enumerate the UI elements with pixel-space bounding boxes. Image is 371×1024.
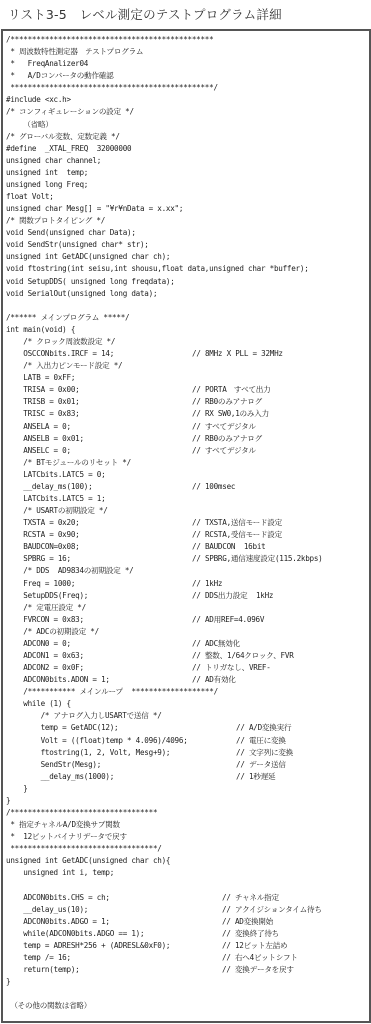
code-line: /* クロック周波数設定 */ xyxy=(6,336,309,348)
code-text: unsigned char channel; xyxy=(6,156,101,165)
code-line: /* コンフィギュレーションの設定 */ xyxy=(6,106,309,118)
code-line: * A/Dコンバータの動作確認 xyxy=(6,70,309,82)
code-comment: // AD有効化 xyxy=(192,674,236,686)
code-line: TRISC = 0x83;// RX SW0,1のみ入力 xyxy=(6,408,309,420)
code-comment: // 整数、1/64クロック、FVR xyxy=(192,650,294,662)
code-comment: // 8MHz X PLL = 32MHz xyxy=(192,348,283,360)
code-line: } xyxy=(6,795,309,807)
code-line: * 周波数特性測定器 テストプログラム xyxy=(6,46,309,58)
code-text: ADCON1 = 0x63; xyxy=(6,651,84,660)
code-text: BAUDCON=0x08; xyxy=(6,542,79,551)
code-text: （その他の関数は省略） xyxy=(6,1001,91,1010)
code-text: LATB = 0xFF; xyxy=(6,373,75,382)
code-comment: // RCSTA,受信モード設定 xyxy=(192,529,282,541)
code-text: LATCbits.LATC5 = 1; xyxy=(6,494,105,503)
code-comment: // 12ビット左詰め xyxy=(222,940,287,952)
code-line: （省略） xyxy=(6,119,309,131)
code-line: unsigned char Mesg[] = "¥r¥nData = x.xx"… xyxy=(6,203,309,215)
code-line: /********************************** xyxy=(6,807,309,819)
code-text: TRISB = 0x01; xyxy=(6,397,79,406)
code-line: /***************************************… xyxy=(6,34,309,46)
code-text: unsigned int temp; xyxy=(6,168,88,177)
code-line: /* 関数プロトタイピング */ xyxy=(6,215,309,227)
code-line: __delay_ms(1000);// 1秒遅延 xyxy=(6,771,309,783)
code-line: BAUDCON=0x08;// BAUDCON 16bit xyxy=(6,541,309,553)
code-line: TRISA = 0x00;// PORTA すべて出力 xyxy=(6,384,309,396)
code-listing-box: /***************************************… xyxy=(1,29,371,1023)
code-text: TRISC = 0x83; xyxy=(6,409,79,418)
code-line: /* アナログ入力しUSARTで送信 */ xyxy=(6,710,309,722)
code-text: * 12ビットバイナリデータで戻す xyxy=(6,832,127,841)
code-line: } xyxy=(6,976,309,988)
code-comment: // BAUDCON 16bit xyxy=(192,541,265,553)
code-text: /* ADCの初期設定 */ xyxy=(6,627,99,636)
code-line: unsigned long Freq; xyxy=(6,179,309,191)
code-text: TXSTA = 0x20; xyxy=(6,518,79,527)
code-text: * 指定チャネルA/D変換サブ関数 xyxy=(6,820,120,829)
code-text: * FreqAnalizer04 xyxy=(6,59,88,68)
code-line: /****** メインプログラム *****/ xyxy=(6,312,309,324)
code-comment: // SPBRG,通信速度設定(115.2kbps) xyxy=(192,553,323,565)
code-text: LATCbits.LATC5 = 0; xyxy=(6,470,105,479)
code-comment: // トリガなし、VREF- xyxy=(192,662,271,674)
code-text: SendStr(Mesg); xyxy=(6,760,101,769)
code-text: temp = GetADC(12); xyxy=(6,723,118,732)
code-comment: // すべてデジタル xyxy=(192,421,256,433)
code-text: ADCON0 = 0; xyxy=(6,639,71,648)
code-text: TRISA = 0x00; xyxy=(6,385,79,394)
code-line: Volt = ((float)temp * 4.096)/4096;// 電圧に… xyxy=(6,735,309,747)
code-comment: // 右へ4ビットシフト xyxy=(222,952,298,964)
code-text: void Send(unsigned char Data); xyxy=(6,228,136,237)
code-text: void SetupDDS( unsigned long freqdata); xyxy=(6,277,175,286)
code-text: OSCCONbits.IRCF = 14; xyxy=(6,349,114,358)
code-text: #define _XTAL_FREQ 32000000 xyxy=(6,144,131,153)
code-text: ftostring(1, 2, Volt, Mesg+9); xyxy=(6,748,170,757)
code-line: * FreqAnalizer04 xyxy=(6,58,309,70)
code-text: unsigned int i, temp; xyxy=(6,868,114,877)
code-line: int main(void) { xyxy=(6,324,309,336)
code-text: FVRCON = 0x83; xyxy=(6,615,84,624)
code-text: unsigned int GetADC(unsigned char ch); xyxy=(6,252,170,261)
code-text: unsigned char Mesg[] = "¥r¥nData = x.xx"… xyxy=(6,204,183,213)
code-line: TXSTA = 0x20;// TXSTA,送信モード設定 xyxy=(6,517,309,529)
code-line: **********************************/ xyxy=(6,843,309,855)
code-comment: // RX SW0,1のみ入力 xyxy=(192,408,269,420)
code-text: /* BTモジュールのリセット */ xyxy=(6,458,131,467)
code-text: /* DDS AD9834の初期設定 */ xyxy=(6,566,133,575)
code-line: ANSELC = 0;// すべてデジタル xyxy=(6,445,309,457)
code-line: } xyxy=(6,783,309,795)
code-comment: // A/D変換実行 xyxy=(236,722,291,734)
code-line: Freq = 1000;// 1kHz xyxy=(6,578,309,590)
code-line: FVRCON = 0x83;// AD用REF=4.096V xyxy=(6,614,309,626)
code-line: void SetupDDS( unsigned long freqdata); xyxy=(6,276,309,288)
code-line: return(temp);// 変換データを戻す xyxy=(6,964,309,976)
code-line: SetupDDS(Freq);// DDS出力設定 1kHz xyxy=(6,590,309,602)
code-text: temp = ADRESH*256 + (ADRESL&0xF0); xyxy=(6,941,170,950)
code-text: ADCON0bits.ADON = 1; xyxy=(6,675,110,684)
code-comment: // 1kHz xyxy=(192,578,222,590)
code-text: **********************************/ xyxy=(6,844,162,853)
code-comment: // AD用REF=4.096V xyxy=(192,614,264,626)
code-line: #include <xc.h> xyxy=(6,94,309,106)
code-line: /* ADCの初期設定 */ xyxy=(6,626,309,638)
code-line: ADCON0bits.ADGO = 1;// AD変換開始 xyxy=(6,916,309,928)
code-line: /* DDS AD9834の初期設定 */ xyxy=(6,565,309,577)
code-line: /* 定電圧設定 */ xyxy=(6,602,309,614)
code-line: /*********** メインループ *******************/ xyxy=(6,686,309,698)
code-text: /*********** メインループ *******************/ xyxy=(6,687,218,696)
code-text: /* クロック周波数設定 */ xyxy=(6,337,115,346)
code-line: unsigned char channel; xyxy=(6,155,309,167)
code-line: __delay_ms(100);// 100msec xyxy=(6,481,309,493)
code-line xyxy=(6,300,309,312)
code-comment: // RB0のみアナログ xyxy=(192,433,262,445)
code-line: * 12ビットバイナリデータで戻す xyxy=(6,831,309,843)
code-text: RCSTA = 0x90; xyxy=(6,530,79,539)
code-line: /* USARTの初期設定 */ xyxy=(6,505,309,517)
code-comment: // データ送信 xyxy=(236,759,286,771)
code-text: void SerialOut(unsigned long data); xyxy=(6,289,157,298)
code-text: ADCON0bits.ADGO = 1; xyxy=(6,917,110,926)
code-text: ANSELA = 0; xyxy=(6,422,71,431)
code-line: OSCCONbits.IRCF = 14;// 8MHz X PLL = 32M… xyxy=(6,348,309,360)
code-text: int main(void) { xyxy=(6,325,75,334)
code-text: /********************************** xyxy=(6,808,157,817)
code-text: /***************************************… xyxy=(6,35,213,44)
code-line: while(ADCON0bits.ADGO == 1);// 変換終了待ち xyxy=(6,928,309,940)
code-line: unsigned int temp; xyxy=(6,167,309,179)
code-text: temp /= 16; xyxy=(6,953,71,962)
code-line: ftostring(1, 2, Volt, Mesg+9);// 文字列に変換 xyxy=(6,747,309,759)
code-line: __delay_us(10);// アクイジションタイム待ち xyxy=(6,904,309,916)
code-text: /****** メインプログラム *****/ xyxy=(6,313,129,322)
code-text: } xyxy=(6,796,10,805)
code-text: ANSELC = 0; xyxy=(6,446,71,455)
code-line: ANSELA = 0;// すべてデジタル xyxy=(6,421,309,433)
code-line: LATB = 0xFF; xyxy=(6,372,309,384)
code-text: float Volt; xyxy=(6,192,54,201)
code-text: （省略） xyxy=(6,120,53,129)
code-text: /* USARTの初期設定 */ xyxy=(6,506,108,515)
code-line: ADCON0bits.CHS = ch;// チャネル指定 xyxy=(6,892,309,904)
code-text: void ftostring(int seisu,int shousu,floa… xyxy=(6,264,309,273)
code-comment: // ADC無効化 xyxy=(192,638,240,650)
code-line: （その他の関数は省略） xyxy=(6,1000,309,1012)
code-comment: // TXSTA,送信モード設定 xyxy=(192,517,282,529)
code-line: while (1) { xyxy=(6,698,309,710)
code-line: RCSTA = 0x90;// RCSTA,受信モード設定 xyxy=(6,529,309,541)
code-line: /* グローバル変数、定数定義 */ xyxy=(6,131,309,143)
code-line xyxy=(6,879,309,891)
code-line: * 指定チャネルA/D変換サブ関数 xyxy=(6,819,309,831)
code-text: } xyxy=(6,784,28,793)
code-text: Freq = 1000; xyxy=(6,579,75,588)
code-text: ANSELB = 0x01; xyxy=(6,434,84,443)
code-line xyxy=(6,988,309,1000)
code-text: void SendStr(unsigned char* str); xyxy=(6,240,149,249)
code-text: ****************************************… xyxy=(6,83,218,92)
code-comment: // アクイジションタイム待ち xyxy=(222,904,322,916)
code-text: /* 定電圧設定 */ xyxy=(6,603,86,612)
code-line: ADCON0bits.ADON = 1;// AD有効化 xyxy=(6,674,309,686)
code-line: unsigned int GetADC(unsigned char ch){ xyxy=(6,855,309,867)
code-comment: // 1秒遅延 xyxy=(236,771,275,783)
code-text: __delay_ms(1000); xyxy=(6,772,114,781)
code-line: ADCON0 = 0;// ADC無効化 xyxy=(6,638,309,650)
code-text: /* 入出力ピンモード設定 */ xyxy=(6,361,122,370)
code-line: unsigned int i, temp; xyxy=(6,867,309,879)
code-line: temp = GetADC(12);// A/D変換実行 xyxy=(6,722,309,734)
code-text: #include <xc.h> xyxy=(6,95,71,104)
code-text: /* 関数プロトタイピング */ xyxy=(6,216,105,225)
code-comment: // DDS出力設定 1kHz xyxy=(192,590,273,602)
code-text: while (1) { xyxy=(6,699,71,708)
code-text: ADCON0bits.CHS = ch; xyxy=(6,893,110,902)
code-comment: // 電圧に変換 xyxy=(236,735,286,747)
code-line: ANSELB = 0x01;// RB0のみアナログ xyxy=(6,433,309,445)
code-line: unsigned int GetADC(unsigned char ch); xyxy=(6,251,309,263)
code-text: ADCON2 = 0x0F; xyxy=(6,663,84,672)
code-text: unsigned int GetADC(unsigned char ch){ xyxy=(6,856,170,865)
code-text: return(temp); xyxy=(6,965,79,974)
code-line: SendStr(Mesg);// データ送信 xyxy=(6,759,309,771)
code-line: temp /= 16;// 右へ4ビットシフト xyxy=(6,952,309,964)
code-line: /* BTモジュールのリセット */ xyxy=(6,457,309,469)
code-line: void SendStr(unsigned char* str); xyxy=(6,239,309,251)
code-line: ****************************************… xyxy=(6,82,309,94)
code-line: float Volt; xyxy=(6,191,309,203)
code-comment: // 文字列に変換 xyxy=(236,747,293,759)
code-text: /* アナログ入力しUSARTで送信 */ xyxy=(6,711,162,720)
code-text: /* コンフィギュレーションの設定 */ xyxy=(6,107,134,116)
code-comment: // RB0のみアナログ xyxy=(192,396,262,408)
code-text: unsigned long Freq; xyxy=(6,180,88,189)
code-line: /* 入出力ピンモード設定 */ xyxy=(6,360,309,372)
listing-title: リスト3-5 レベル測定のテストプログラム詳細 xyxy=(8,5,282,23)
code-comment: // AD変換開始 xyxy=(222,916,273,928)
code-comment: // チャネル指定 xyxy=(222,892,279,904)
code-comment: // 100msec xyxy=(192,481,235,493)
code-line: SPBRG = 16;// SPBRG,通信速度設定(115.2kbps) xyxy=(6,553,309,565)
code-comment: // PORTA すべて出力 xyxy=(192,384,270,396)
code-line: ADCON2 = 0x0F;// トリガなし、VREF- xyxy=(6,662,309,674)
code-comment: // 変換終了待ち xyxy=(222,928,279,940)
code-text: __delay_ms(100); xyxy=(6,482,92,491)
code-line: temp = ADRESH*256 + (ADRESL&0xF0);// 12ビ… xyxy=(6,940,309,952)
code-text: } xyxy=(6,977,10,986)
code-line: LATCbits.LATC5 = 1; xyxy=(6,493,309,505)
code-line: void ftostring(int seisu,int shousu,floa… xyxy=(6,263,309,275)
code-line: ADCON1 = 0x63;// 整数、1/64クロック、FVR xyxy=(6,650,309,662)
code-line: #define _XTAL_FREQ 32000000 xyxy=(6,143,309,155)
code-text: * 周波数特性測定器 テストプログラム xyxy=(6,47,143,56)
code-text: SPBRG = 16; xyxy=(6,554,71,563)
code-line: TRISB = 0x01;// RB0のみアナログ xyxy=(6,396,309,408)
code-text: SetupDDS(Freq); xyxy=(6,591,88,600)
code-line: void SerialOut(unsigned long data); xyxy=(6,288,309,300)
code-text: __delay_us(10); xyxy=(6,905,88,914)
code-text: while(ADCON0bits.ADGO == 1); xyxy=(6,929,144,938)
code-comment: // すべてデジタル xyxy=(192,445,256,457)
code-text: /* グローバル変数、定数定義 */ xyxy=(6,132,120,141)
code-line: void Send(unsigned char Data); xyxy=(6,227,309,239)
code-text: * A/Dコンバータの動作確認 xyxy=(6,71,113,80)
code-text: Volt = ((float)temp * 4.096)/4096; xyxy=(6,736,188,745)
code-line: LATCbits.LATC5 = 0; xyxy=(6,469,309,481)
code-listing: /***************************************… xyxy=(6,34,309,1012)
code-comment: // 変換データを戻す xyxy=(222,964,294,976)
